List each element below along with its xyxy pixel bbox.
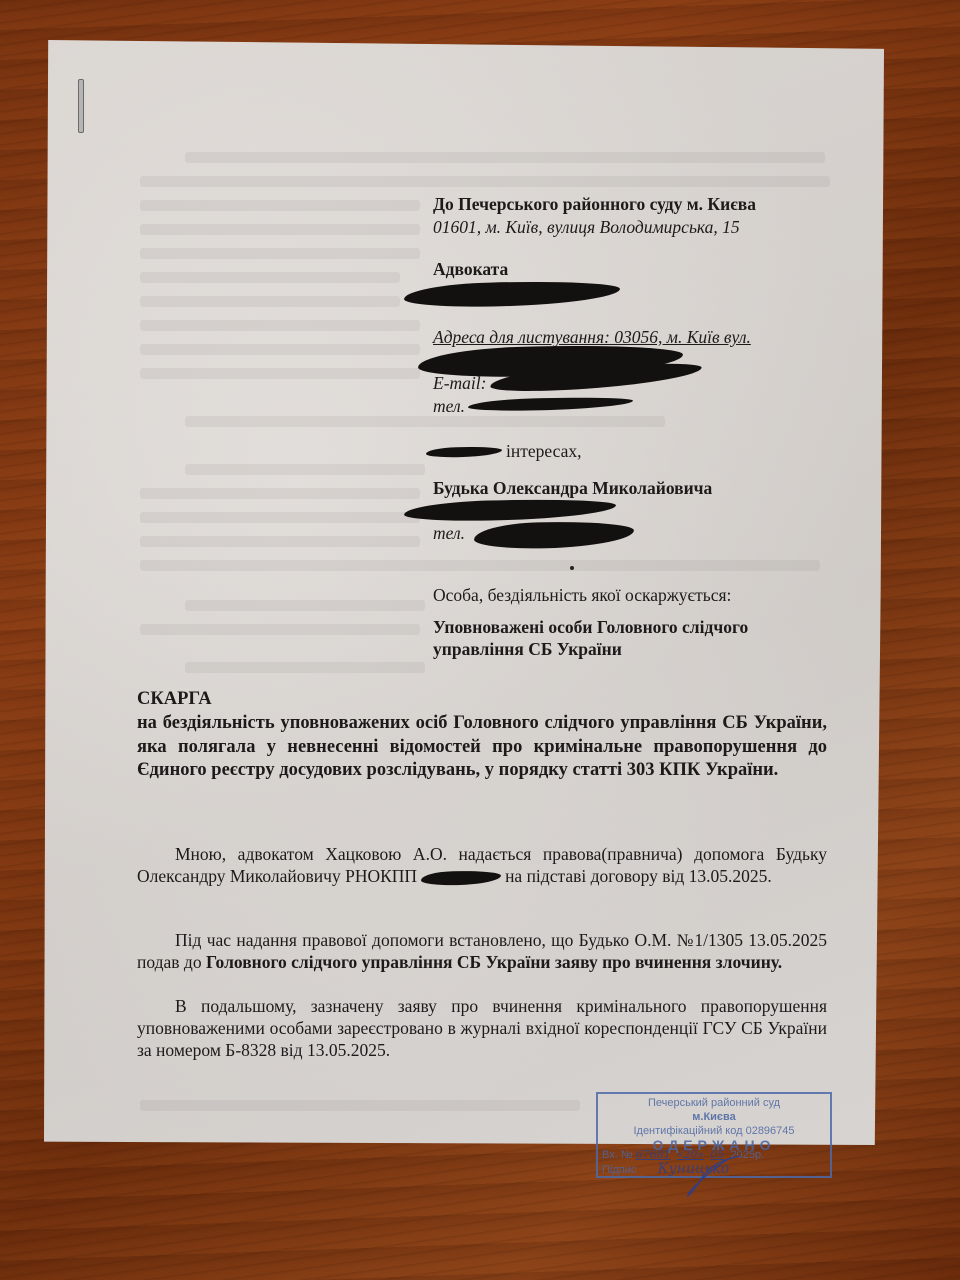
acting-in-interest: інтересах,	[506, 440, 581, 462]
stamp-city: м.Києва	[598, 1110, 830, 1124]
client-phone-label: тел.	[433, 522, 465, 544]
court-address: 01601, м. Київ, вулиця Володимирська, 15	[433, 216, 740, 238]
paragraph-2: Під час надання правової допомоги встано…	[137, 929, 827, 973]
mailing-address: Адреса для листування: 03056, м. Київ ву…	[433, 326, 751, 348]
respondent-line-1: Уповноважені особи Головного слідчого	[433, 616, 748, 638]
paragraph-1-part-2: на підставі договору від 13.05.2025.	[505, 866, 772, 886]
stamp-signature-label: Підпис	[602, 1164, 636, 1176]
from-label: Адвоката	[433, 258, 508, 280]
court-name: До Печерського районного суду м. Києва	[433, 193, 756, 215]
complaint-title: СКАРГА	[137, 688, 212, 710]
signature-flourish-icon	[670, 1150, 760, 1200]
respondent-line-2: управління СБ України	[433, 638, 622, 660]
client-name: Будька Олександра Миколайовича	[433, 477, 712, 499]
paragraph-1: Мною, адвокатом Хацковою А.О. надається …	[137, 843, 827, 887]
phone-label: тел.	[433, 395, 465, 417]
stamp-incoming-number: 67681	[636, 1148, 671, 1161]
paragraph-2-bold: Головного слідчого управління СБ України…	[206, 952, 782, 972]
email-label: E-mail:	[433, 372, 486, 394]
redaction-mark	[421, 870, 501, 886]
paragraph-3: В подальшому, зазначену заяву про вчинен…	[137, 995, 827, 1061]
stray-dot	[570, 566, 574, 570]
stamp-id-code: Ідентифікаційний код 02896745	[598, 1124, 830, 1138]
respondent-label: Особа, бездіяльність якої оскаржується:	[433, 584, 731, 606]
complaint-subtitle: на бездіяльність уповноважених осіб Голо…	[137, 712, 827, 783]
staple-icon	[78, 79, 84, 133]
stamp-incoming-label: Вх. №	[602, 1149, 633, 1161]
stamp-court-name: Печерський районний суд	[598, 1096, 830, 1110]
